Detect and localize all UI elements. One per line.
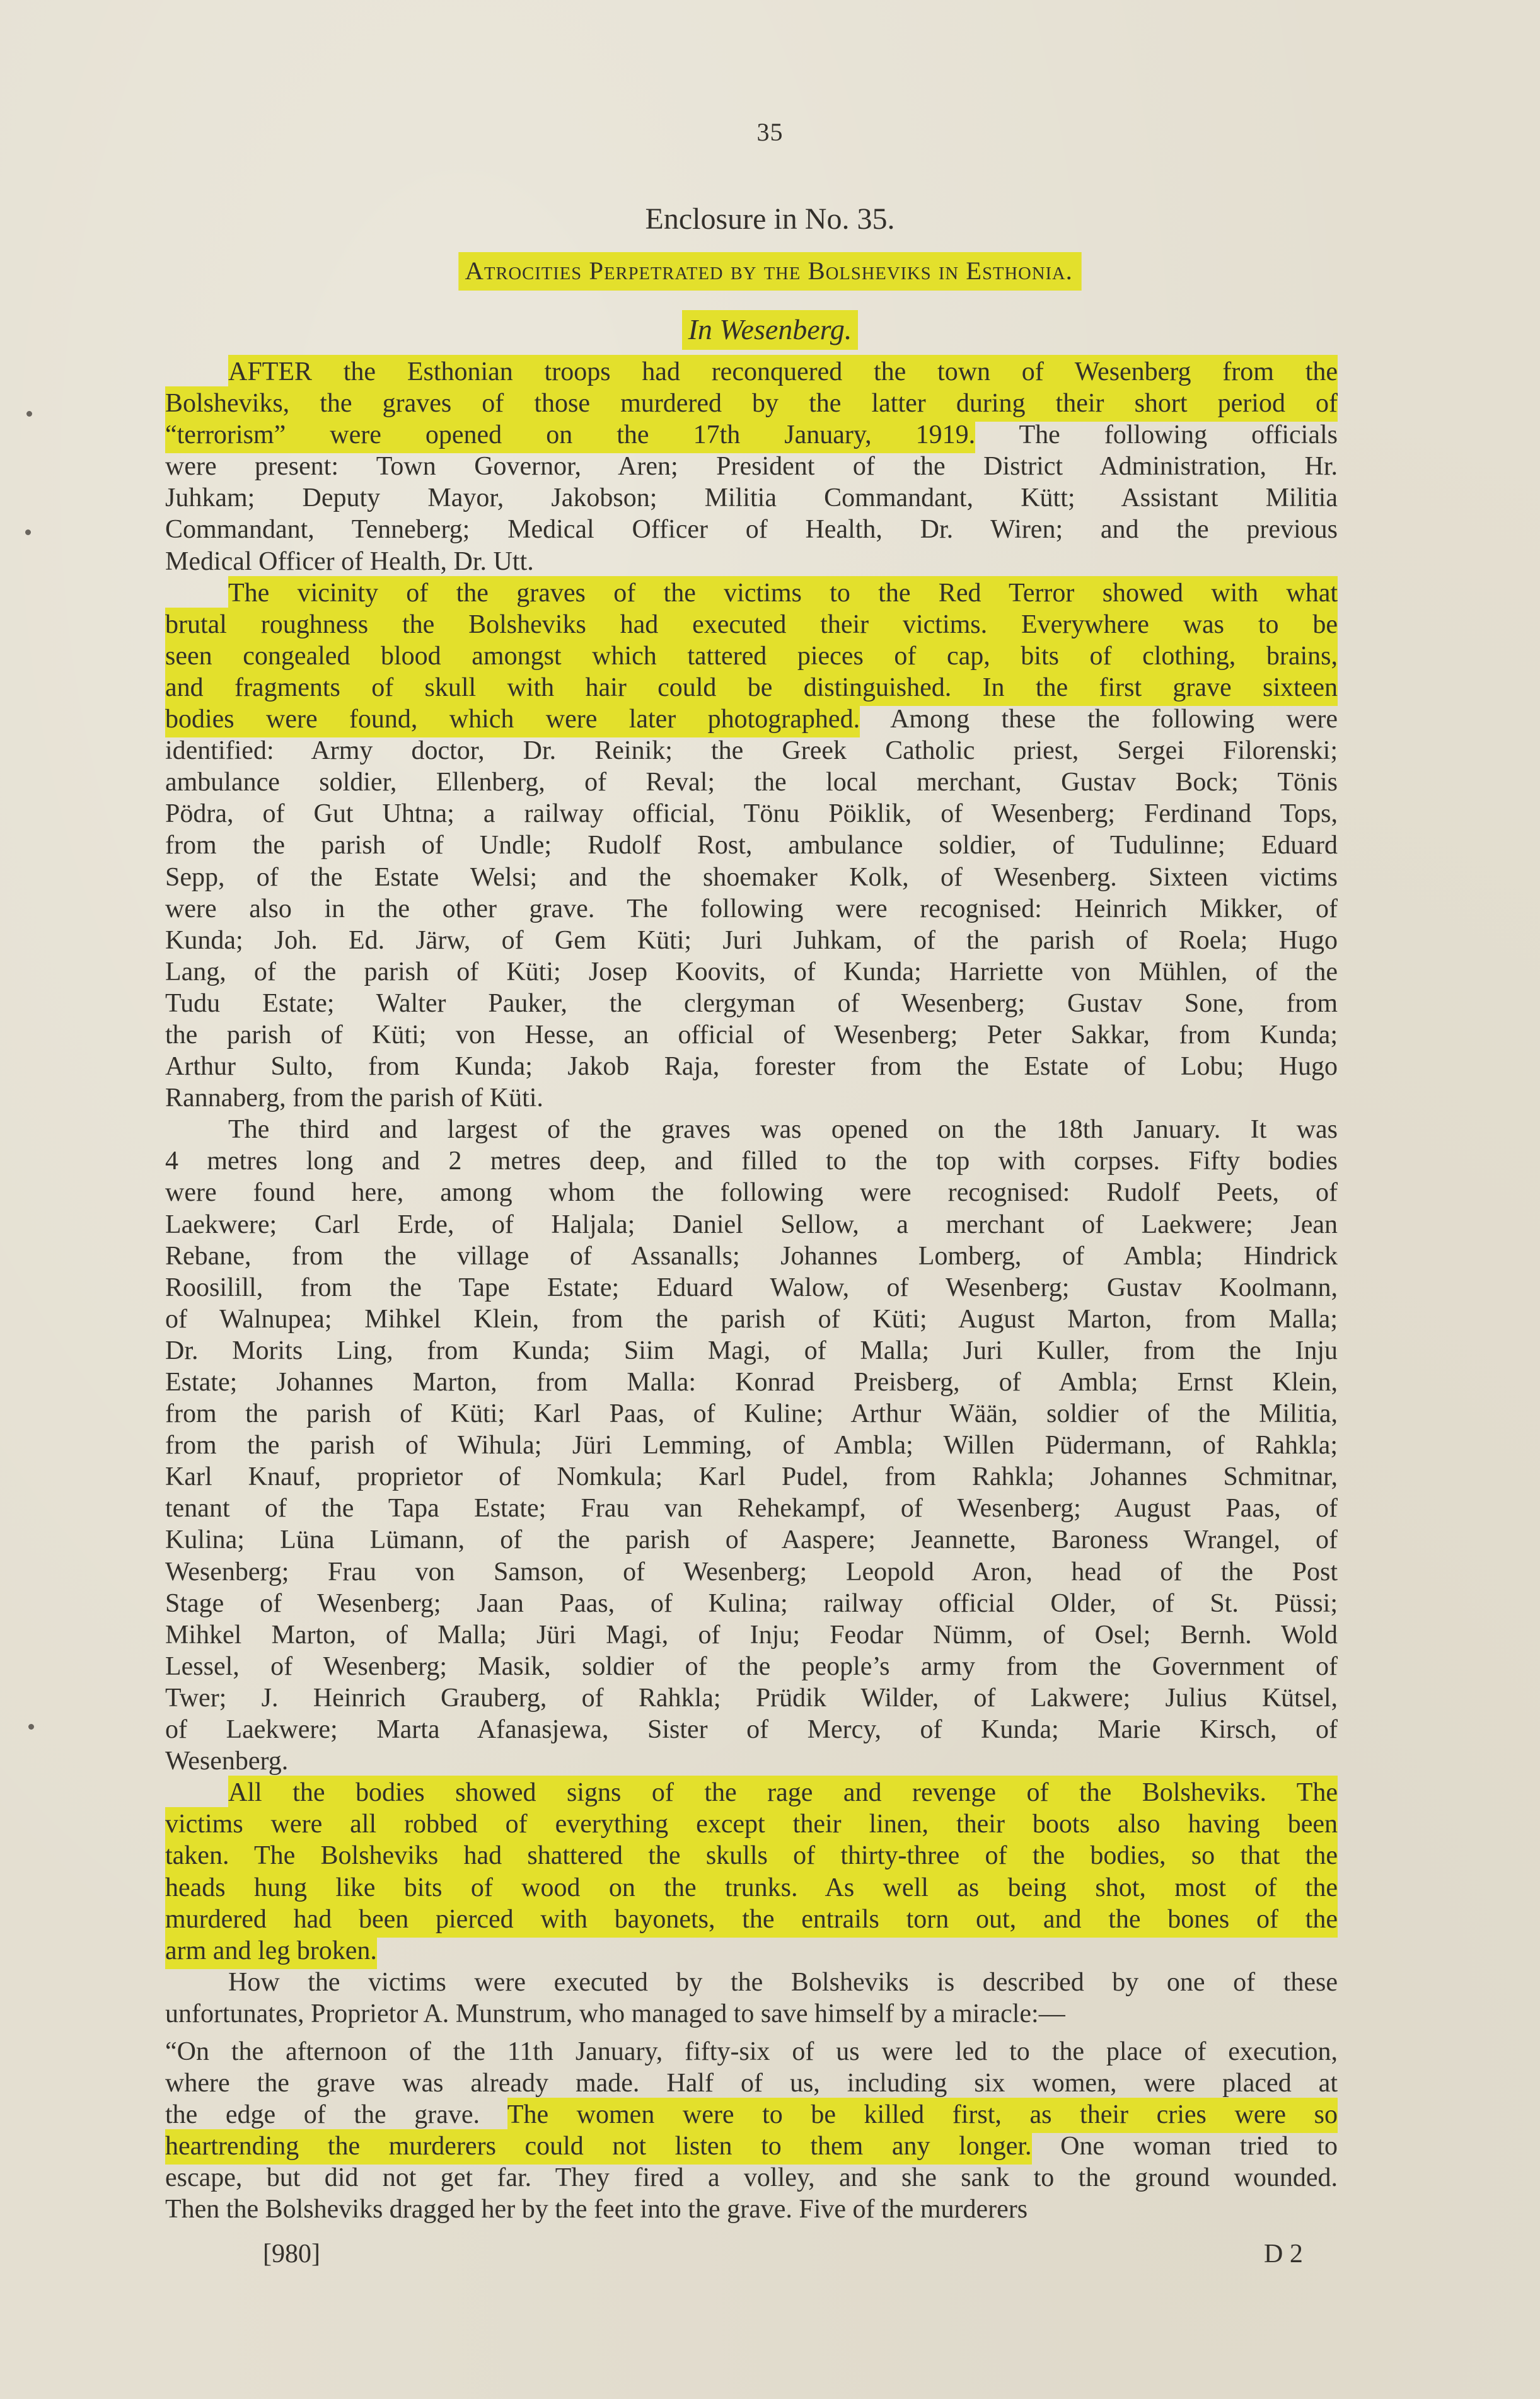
- highlighted-text: heads hung like bits of wood on the trun…: [165, 1873, 1338, 1902]
- line-text: Sepp, of the Estate Welsi; and the shoem…: [165, 863, 1338, 892]
- highlighted-text: murdered had been pierced with bayonets,…: [165, 1905, 1338, 1934]
- text-line: Kunda; Joh. Ed. Järw, of Gem Küti; Juri …: [165, 925, 1338, 956]
- line-text: Stage of Wesenberg; Jaan Paas, of Kulina…: [165, 1589, 1338, 1618]
- line-text: Roosilill, from the Tape Estate; Eduard …: [165, 1273, 1338, 1302]
- text-line: Medical Officer of Health, Dr. Utt.: [165, 546, 1338, 577]
- line-text: tenant of the Tapa Estate; Frau van Rehe…: [165, 1494, 1338, 1523]
- text-line: tenant of the Tapa Estate; Frau van Rehe…: [165, 1493, 1338, 1524]
- text-line: the edge of the grave. The women were to…: [165, 2099, 1338, 2130]
- text-line: were present: Town Governor, Aren; Presi…: [165, 451, 1338, 482]
- text-line: identified: Army doctor, Dr. Reinik; the…: [165, 735, 1338, 766]
- line-text: “On the afternoon of the 11th January, f…: [165, 2037, 1338, 2066]
- line-text: Karl Knauf, proprietor of Nomkula; Karl …: [165, 1462, 1338, 1491]
- paragraph: How the victims were executed by the Bol…: [165, 1967, 1338, 2036]
- line-text: Arthur Sulto, from Kunda; Jakob Raja, fo…: [165, 1052, 1338, 1081]
- line-text: Rannaberg, from the parish of Küti.: [165, 1084, 543, 1113]
- text-line: from the parish of Wihula; Jüri Lemming,…: [165, 1430, 1338, 1461]
- line-text: Commandant, Tenneberg; Medical Officer o…: [165, 515, 1338, 544]
- line-text: Among these the following were: [860, 705, 1338, 734]
- paragraph: AFTER the Esthonian troops had reconquer…: [165, 356, 1338, 577]
- text-line: Juhkam; Deputy Mayor, Jakobson; Militia …: [165, 482, 1338, 514]
- line-text: Kunda; Joh. Ed. Järw, of Gem Küti; Juri …: [165, 926, 1338, 955]
- line-text: Kulina; Lüna Lümann, of the parish of Aa…: [165, 1525, 1338, 1554]
- text-line: taken. The Bolsheviks had shattered the …: [165, 1840, 1338, 1871]
- text-line: were found here, among whom the followin…: [165, 1177, 1338, 1208]
- text-line: victims were all robbed of everything ex…: [165, 1808, 1338, 1840]
- line-text: 4 metres long and 2 metres deep, and fil…: [165, 1147, 1338, 1176]
- text-line: Estate; Johannes Marton, from Malla: Kon…: [165, 1367, 1338, 1398]
- text-line: heartrending the murderers could not lis…: [165, 2130, 1338, 2162]
- text-line: Laekwere; Carl Erde, of Haljala; Daniel …: [165, 1209, 1338, 1240]
- paragraph: All the bodies showed signs of the rage …: [165, 1777, 1338, 1967]
- line-text: were also in the other grave. The follow…: [165, 894, 1338, 923]
- line-text: from the parish of Wihula; Jüri Lemming,…: [165, 1431, 1338, 1460]
- highlighted-text: and fragments of skull with hair could b…: [165, 673, 1338, 702]
- text-line: Rebane, from the village of Assanalls; J…: [165, 1240, 1338, 1272]
- line-text: Wesenberg.: [165, 1747, 288, 1776]
- text-line: brutal roughness the Bolsheviks had exec…: [165, 609, 1338, 640]
- line-text: Then the Bolsheviks dragged her by the f…: [165, 2195, 1028, 2224]
- text-line: Dr. Morits Ling, from Kunda; Siim Magi, …: [165, 1335, 1338, 1367]
- text-line: Then the Bolsheviks dragged her by the f…: [165, 2194, 1338, 2225]
- text-line: Wesenberg.: [165, 1745, 1338, 1777]
- text-line: Stage of Wesenberg; Jaan Paas, of Kulina…: [165, 1588, 1338, 1619]
- margin-dot: [25, 529, 31, 535]
- text-line: The third and largest of the graves was …: [165, 1114, 1338, 1145]
- text-line: Tudu Estate; Walter Pauker, the clergyma…: [165, 988, 1338, 1019]
- line-text: Dr. Morits Ling, from Kunda; Siim Magi, …: [165, 1336, 1338, 1365]
- text-line: of Walnupea; Mihkel Klein, from the pari…: [165, 1304, 1338, 1335]
- text-line: from the parish of Undle; Rudolf Rost, a…: [165, 830, 1338, 861]
- section-subtitle: In Wesenberg.: [682, 310, 859, 350]
- highlighted-text: heartrending the murderers could not lis…: [165, 2132, 1032, 2161]
- line-text: Rebane, from the village of Assanalls; J…: [165, 1242, 1338, 1271]
- line-text: Lang, of the parish of Küti; Josep Koovi…: [165, 957, 1338, 986]
- line-text: identified: Army doctor, Dr. Reinik; the…: [165, 736, 1338, 765]
- line-text: Mihkel Marton, of Malla; Jüri Magi, of I…: [165, 1621, 1338, 1650]
- paragraph: The vicinity of the graves of the victim…: [165, 577, 1338, 1114]
- line-text: Juhkam; Deputy Mayor, Jakobson; Militia …: [165, 483, 1338, 512]
- highlighted-text: seen congealed blood amongst which tatte…: [165, 642, 1338, 671]
- enclosure-label: Enclosure in No. 35.: [0, 202, 1540, 236]
- text-line: bodies were found, which were later phot…: [165, 703, 1338, 735]
- line-text: the edge of the grave.: [165, 2100, 507, 2129]
- highlighted-text: AFTER the Esthonian troops had reconquer…: [228, 357, 1338, 386]
- document-title: Atrocities Perpetrated by the Bolsheviks…: [458, 252, 1082, 291]
- text-line: escape, but did not get far. They fired …: [165, 2162, 1338, 2194]
- text-line: Rannaberg, from the parish of Küti.: [165, 1082, 1338, 1114]
- line-text: Laekwere; Carl Erde, of Haljala; Daniel …: [165, 1210, 1338, 1239]
- line-text: the parish of Küti; von Hesse, an offici…: [165, 1020, 1338, 1049]
- text-line: Roosilill, from the Tape Estate; Eduard …: [165, 1272, 1338, 1304]
- highlighted-text: All the bodies showed signs of the rage …: [228, 1778, 1338, 1807]
- line-text: from the parish of Undle; Rudolf Rost, a…: [165, 831, 1338, 860]
- line-text: of Laekwere; Marta Afanasjewa, Sister of…: [165, 1715, 1338, 1744]
- paragraph: The third and largest of the graves was …: [165, 1114, 1338, 1777]
- footer-sheet-number: [980]: [263, 2239, 320, 2269]
- line-text: Wesenberg; Frau von Samson, of Wesenberg…: [165, 1558, 1338, 1587]
- highlighted-text: taken. The Bolsheviks had shattered the …: [165, 1841, 1338, 1870]
- text-line: from the parish of Küti; Karl Paas, of K…: [165, 1398, 1338, 1430]
- text-line: and fragments of skull with hair could b…: [165, 672, 1338, 703]
- text-line: unfortunates, Proprietor A. Munstrum, wh…: [165, 1998, 1338, 2030]
- highlighted-text: The vicinity of the graves of the victim…: [228, 579, 1338, 608]
- line-text: Lessel, of Wesenberg; Masik, soldier of …: [165, 1652, 1338, 1681]
- line-text: ambulance soldier, Ellenberg, of Reval; …: [165, 768, 1338, 797]
- highlighted-text: bodies were found, which were later phot…: [165, 705, 860, 734]
- text-line: Twer; J. Heinrich Grauberg, of Rahkla; P…: [165, 1682, 1338, 1714]
- margin-dot: [26, 411, 32, 417]
- line-text: unfortunates, Proprietor A. Munstrum, wh…: [165, 1999, 1065, 2028]
- line-text: Estate; Johannes Marton, from Malla: Kon…: [165, 1368, 1338, 1397]
- line-text: How the victims were executed by the Bol…: [228, 1968, 1338, 1997]
- highlighted-text: Bolsheviks, the graves of those murdered…: [165, 389, 1338, 418]
- line-text: were present: Town Governor, Aren; Presi…: [165, 452, 1338, 481]
- line-text: One woman tried to: [1032, 2132, 1338, 2161]
- text-line: Bolsheviks, the graves of those murdered…: [165, 388, 1338, 419]
- line-text: Pödra, of Gut Uhtna; a railway official,…: [165, 799, 1338, 828]
- line-text: The third and largest of the graves was …: [228, 1115, 1338, 1144]
- text-line: of Laekwere; Marta Afanasjewa, Sister of…: [165, 1714, 1338, 1745]
- text-line: where the grave was already made. Half o…: [165, 2067, 1338, 2099]
- text-line: Arthur Sulto, from Kunda; Jakob Raja, fo…: [165, 1051, 1338, 1082]
- highlighted-text: victims were all robbed of everything ex…: [165, 1810, 1338, 1839]
- line-text: from the parish of Küti; Karl Paas, of K…: [165, 1399, 1338, 1428]
- text-line: Wesenberg; Frau von Samson, of Wesenberg…: [165, 1556, 1338, 1588]
- text-line: murdered had been pierced with bayonets,…: [165, 1904, 1338, 1935]
- highlighted-text: arm and leg broken.: [165, 1936, 377, 1965]
- text-line: AFTER the Esthonian troops had reconquer…: [165, 356, 1338, 388]
- text-line: the parish of Küti; von Hesse, an offici…: [165, 1019, 1338, 1051]
- line-text: of Walnupea; Mihkel Klein, from the pari…: [165, 1305, 1338, 1334]
- page-number: 35: [0, 117, 1540, 147]
- line-text: escape, but did not get far. They fired …: [165, 2163, 1338, 2192]
- footer-signature-mark: D 2: [1264, 2239, 1303, 2269]
- line-text: Twer; J. Heinrich Grauberg, of Rahkla; P…: [165, 1684, 1338, 1713]
- line-text: Tudu Estate; Walter Pauker, the clergyma…: [165, 989, 1338, 1018]
- text-line: How the victims were executed by the Bol…: [165, 1967, 1338, 1998]
- text-line: Lang, of the parish of Küti; Josep Koovi…: [165, 956, 1338, 988]
- text-line: arm and leg broken.: [165, 1935, 1338, 1967]
- text-line: ambulance soldier, Ellenberg, of Reval; …: [165, 766, 1338, 798]
- text-line: The vicinity of the graves of the victim…: [165, 577, 1338, 609]
- text-line: seen congealed blood amongst which tatte…: [165, 640, 1338, 672]
- text-line: Lessel, of Wesenberg; Masik, soldier of …: [165, 1651, 1338, 1682]
- text-line: 4 metres long and 2 metres deep, and fil…: [165, 1145, 1338, 1177]
- highlighted-text: “terrorism” were opened on the 17th Janu…: [165, 420, 975, 449]
- text-line: “On the afternoon of the 11th January, f…: [165, 2036, 1338, 2067]
- text-line: Commandant, Tenneberg; Medical Officer o…: [165, 514, 1338, 545]
- text-line: were also in the other grave. The follow…: [165, 893, 1338, 925]
- text-line: Kulina; Lüna Lümann, of the parish of Aa…: [165, 1524, 1338, 1556]
- text-line: Sepp, of the Estate Welsi; and the shoem…: [165, 862, 1338, 893]
- highlighted-text: brutal roughness the Bolsheviks had exec…: [165, 610, 1338, 639]
- text-line: Pödra, of Gut Uhtna; a railway official,…: [165, 798, 1338, 830]
- text-line: Karl Knauf, proprietor of Nomkula; Karl …: [165, 1461, 1338, 1493]
- line-text: Medical Officer of Health, Dr. Utt.: [165, 547, 534, 576]
- text-line: “terrorism” were opened on the 17th Janu…: [165, 419, 1338, 451]
- text-line: All the bodies showed signs of the rage …: [165, 1777, 1338, 1808]
- line-text: where the grave was already made. Half o…: [165, 2069, 1338, 2098]
- paragraph: “On the afternoon of the 11th January, f…: [165, 2036, 1338, 2226]
- line-text: The following officials: [975, 420, 1338, 449]
- document-body: AFTER the Esthonian troops had reconquer…: [165, 356, 1338, 2226]
- text-line: heads hung like bits of wood on the trun…: [165, 1872, 1338, 1904]
- line-text: were found here, among whom the followin…: [165, 1178, 1338, 1207]
- margin-dot: [28, 1724, 34, 1730]
- document-page: 35 Enclosure in No. 35. Atrocities Perpe…: [0, 0, 1540, 2399]
- highlighted-text: The women were to be killed first, as th…: [507, 2100, 1338, 2129]
- text-line: Mihkel Marton, of Malla; Jüri Magi, of I…: [165, 1619, 1338, 1651]
